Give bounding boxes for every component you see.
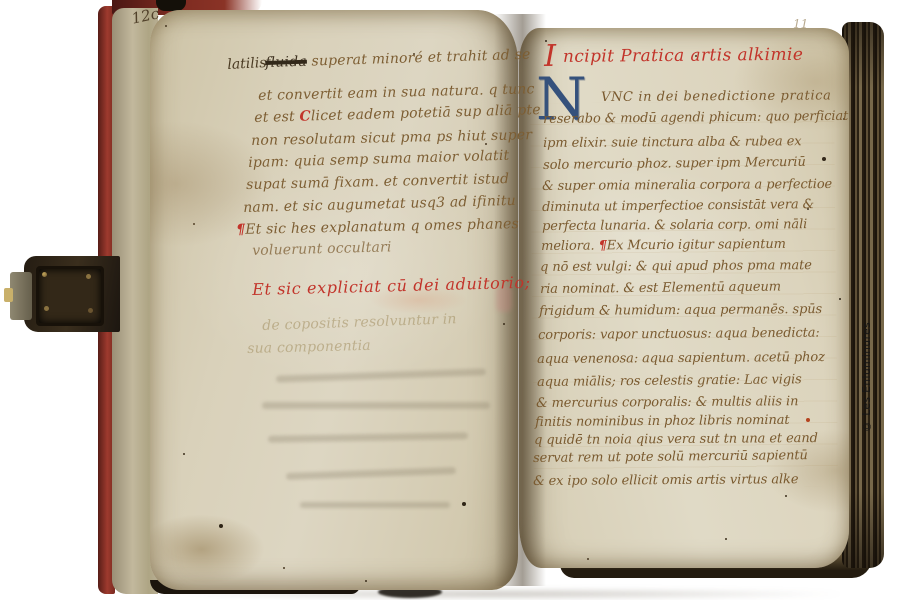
copyright-watermark: © Les Enluminures	[861, 290, 883, 432]
faded-line: sua componentia	[247, 338, 371, 357]
manuscript-line: & super omia mineralia corpora a perfect…	[542, 177, 832, 194]
manuscript-line: finitis nominibus in phoz libris nominat	[535, 413, 790, 430]
line-text: meliora.	[541, 238, 599, 254]
manuscript-line: & mercurius corporalis: & multis aliis i…	[536, 394, 798, 411]
manuscript-photo: 12c 11 latilis fluida superat minoré et …	[0, 0, 907, 600]
manuscript-line: q quidē tn noia qius vera sut tn una et …	[534, 431, 818, 448]
show-through-ghost-line	[300, 502, 450, 508]
manuscript-line: servat rem ut pote solū mercuriū sapient…	[533, 448, 808, 466]
manuscript-line: diminuta ut imperfectioe consistāt vera …	[542, 197, 814, 215]
page-specks	[165, 25, 167, 27]
manuscript-line: q nō est vulgi: & qui apud phos pma mate	[540, 258, 812, 275]
manuscript-line: ria nominat. & est Elementū aqueum	[540, 279, 781, 297]
manuscript-line: & ex ipo solo ellicit omis artis virtus …	[533, 472, 798, 489]
manuscript-line: VNC in dei benedictione pratica	[601, 88, 831, 105]
manuscript-line: aqua venenosa: aqua sapientum. acetū pho…	[537, 350, 825, 367]
clasp-rivets	[42, 272, 47, 277]
manuscript-line: corporis: vapor unctuosus: aqua benedict…	[538, 326, 820, 343]
manuscript-line: solo mercurio phoz. super ipm Mercuriū	[543, 155, 806, 173]
paraph-mark: C	[299, 108, 311, 124]
folio-number-right: 11	[793, 17, 808, 31]
manuscript-line: perfecta lunaria. & solaria corp. omi nā…	[542, 217, 807, 234]
leather-clasp-strap	[4, 250, 118, 338]
manuscript-line: meliora. ¶Ex Mcurio igitur sapientum	[541, 237, 786, 254]
paraph-mark: ¶	[598, 238, 606, 253]
manuscript-line: ipm elixir. suie tinctura alba & rubea e…	[543, 134, 802, 151]
rubric-text: ncipit Pratica artis alkimie	[563, 45, 803, 67]
paraph-mark: ¶	[236, 222, 245, 238]
margin-catchword: latilis	[227, 55, 267, 73]
manuscript-line: frigidum & humidum: aqua permanēs. spūs	[539, 302, 822, 319]
line-text: et est	[254, 109, 300, 126]
line-text: Ex Mcurio igitur sapientum	[607, 237, 786, 254]
clasp-metal-tip	[10, 272, 32, 320]
clasp-hook	[4, 288, 13, 302]
show-through-ghost-line	[262, 402, 490, 409]
manuscript-line: reserabo & modū agendi phicum: quo perfi…	[543, 109, 848, 127]
manuscript-line: aqua miālis; ros celestis gratie: Lac vi…	[537, 372, 802, 390]
struck-word: fluida	[265, 54, 307, 71]
